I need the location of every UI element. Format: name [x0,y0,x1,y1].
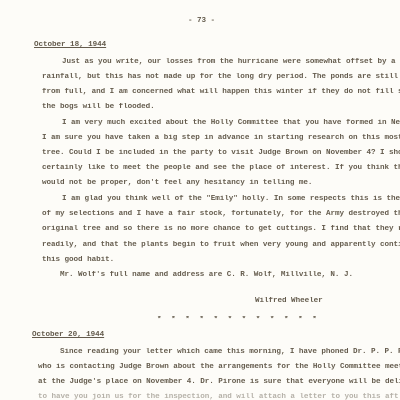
text-line: who is contacting Judge Brown about the … [38,362,400,372]
text-line: tree. Could I be included in the party t… [42,148,400,158]
text-line: from full, and I am concerned what will … [42,87,400,97]
text-line: I am glad you think well of the "Emily" … [62,194,400,204]
text-line: to have you join us for the inspection, … [38,392,400,400]
page-number: - 73 - [188,16,215,26]
text-line: original tree and so there is no more ch… [42,224,400,234]
entry-date: October 20, 1944 [32,330,104,340]
text-line: readily, and that the plants begin to fr… [42,240,400,250]
text-line: of my selections and I have a fair stock… [42,209,400,219]
text-line: certainly like to meet the people and se… [42,163,400,173]
text-line: would not be proper, don't feel any hesi… [42,178,312,188]
document-page: - 73 - October 18, 1944 Just as you writ… [0,0,400,400]
text-line: I am very much excited about the Holly C… [62,118,400,128]
text-line: rainfall, but this has not made up for t… [42,72,400,82]
text-line: Just as you write, our losses from the h… [62,57,400,67]
text-line: I am sure you have taken a big step in a… [42,133,400,143]
entry-date: October 18, 1944 [34,40,106,50]
text-line: Mr. Wolf's full name and address are C. … [60,270,353,280]
text-line: the bogs will be flooded. [42,102,155,112]
text-line: Since reading your letter which came thi… [60,347,400,357]
signature: Wilfred Wheeler [255,296,323,306]
separator: * * * * * * * * * * * * [157,315,319,325]
text-line: at the Judge's place on November 4. Dr. … [38,377,400,387]
text-line: this good habit. [42,255,114,265]
